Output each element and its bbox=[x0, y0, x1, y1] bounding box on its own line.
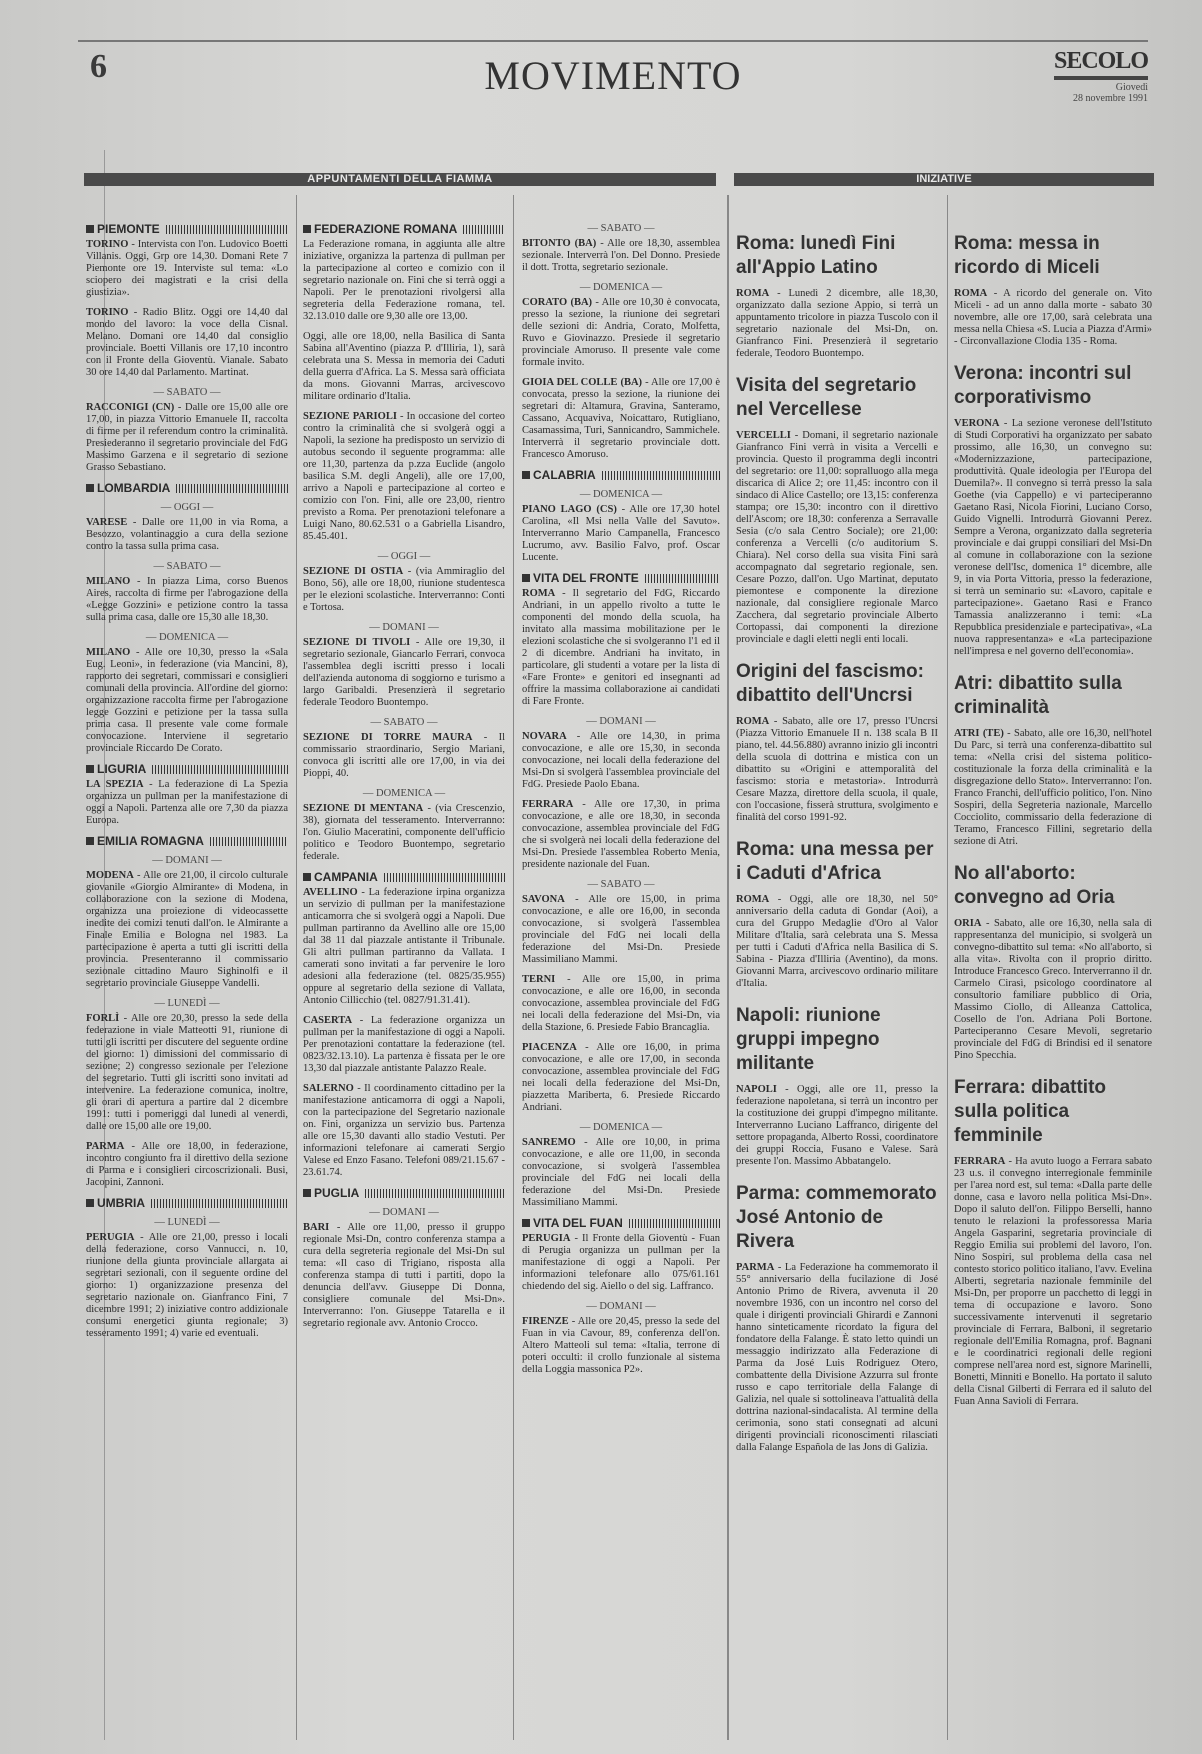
announcement-place: VERONA bbox=[954, 418, 1000, 429]
announcement-text: - Alle ore 17,00 è convocata, presso la … bbox=[522, 377, 720, 460]
announcement: VERONA - La sezione veronese dell'Istitu… bbox=[954, 418, 1152, 658]
square-bullet-icon bbox=[86, 225, 94, 233]
day-subheading: — SABATO — bbox=[522, 879, 720, 891]
announcement: SAVONA - Alle ore 15,00, in prima convoc… bbox=[522, 894, 720, 966]
region-heading-label: FEDERAZIONE ROMANA bbox=[314, 223, 457, 235]
column-rule bbox=[296, 195, 297, 1740]
announcement-text: - Alle ore 11,00, presso il gruppo regio… bbox=[303, 1222, 505, 1329]
announcement: Oggi, alle ore 18,00, nella Basilica di … bbox=[303, 331, 505, 403]
square-bullet-icon bbox=[86, 837, 94, 845]
announcement-place: ROMA bbox=[736, 288, 769, 299]
day-subheading: — DOMENICA — bbox=[86, 632, 288, 644]
announcement-place: ORIA bbox=[954, 918, 981, 929]
square-bullet-icon bbox=[303, 225, 311, 233]
article-headline: Origini del fascismo: dibattito dell'Unc… bbox=[736, 660, 938, 708]
announcement-text: - Oggi, alle ore 18,30, nel 50° annivers… bbox=[736, 894, 938, 989]
announcement: ROMA - Sabato, alle ore 17, presso l'Unc… bbox=[736, 716, 938, 824]
region-heading: FEDERAZIONE ROMANA bbox=[303, 223, 505, 235]
column-rule bbox=[727, 195, 729, 1740]
announcement-place: PERUGIA bbox=[86, 1232, 134, 1243]
announcement: ROMA - Il segretario del FdG, Riccardo A… bbox=[522, 588, 720, 708]
announcement: GIOIA DEL COLLE (BA) - Alle ore 17,00 è … bbox=[522, 377, 720, 461]
announcement: SEZIONE DI TIVOLI - Alle ore 19,30, il s… bbox=[303, 637, 505, 709]
region-heading-label: CAMPANIA bbox=[314, 871, 378, 883]
announcement: CORATO (BA) - Alle ore 10,30 è convocata… bbox=[522, 297, 720, 369]
announcement: ATRI (TE) - Sabato, alle ore 16,30, nell… bbox=[954, 728, 1152, 848]
announcement: AVELLINO - La federazione irpina organiz… bbox=[303, 887, 505, 1007]
day-subheading: — SABATO — bbox=[303, 717, 505, 729]
announcement: FERRARA - Ha avuto luogo a Ferrara sabat… bbox=[954, 1156, 1152, 1408]
region-heading: LIGURIA bbox=[86, 763, 288, 775]
day-subheading: — DOMANI — bbox=[522, 716, 720, 728]
announcement-text: - Il segretario del FdG, Riccardo Andria… bbox=[522, 588, 720, 707]
announcement: PARMA - La Federazione ha commemorato il… bbox=[736, 1262, 938, 1454]
newspaper-page: 6 MOVIMENTO SECOLO Giovedì 28 novembre 1… bbox=[0, 0, 1202, 1754]
section-title: MOVIMENTO bbox=[78, 52, 1148, 99]
announcement: MILANO - Alle ore 10,30, presso la «Sala… bbox=[86, 647, 288, 755]
stripe-rule bbox=[384, 873, 505, 882]
announcement: VERCELLI - Domani, il segretario naziona… bbox=[736, 430, 938, 646]
announcement: PIACENZA - Alle ore 16,00, in prima conv… bbox=[522, 1042, 720, 1114]
announcement-text: - La sezione veronese dell'Istituto di S… bbox=[954, 418, 1152, 657]
announcement-place: PIACENZA bbox=[522, 1042, 577, 1053]
region-heading-label: CALABRIA bbox=[533, 469, 596, 481]
article-headline: Napoli: riunione gruppi impegno militant… bbox=[736, 1004, 938, 1076]
region-heading: PIEMONTE bbox=[86, 223, 288, 235]
day-subheading: — DOMENICA — bbox=[522, 282, 720, 294]
announcement-place: ATRI (TE) bbox=[954, 728, 1004, 739]
announcement-place: MILANO bbox=[86, 647, 130, 658]
day-subheading: — SABATO — bbox=[522, 223, 720, 235]
announcement: ORIA - Sabato, alle ore 16,30, nella sal… bbox=[954, 918, 1152, 1062]
announcement: FIRENZE - Alle ore 20,45, presso la sede… bbox=[522, 1316, 720, 1376]
announcement-text: - Sabato, alle ore 17, presso l'Uncrsi (… bbox=[736, 716, 938, 823]
announcement-place: FIRENZE bbox=[522, 1316, 569, 1327]
region-heading: CAMPANIA bbox=[303, 871, 505, 883]
announcement: FORLÌ - Alle ore 20,30, presso la sede d… bbox=[86, 1013, 288, 1133]
announcement-place: BARI bbox=[303, 1222, 329, 1233]
announcement-text: Oggi, alle ore 18,00, nella Basilica di … bbox=[303, 331, 505, 402]
square-bullet-icon bbox=[522, 1219, 530, 1227]
square-bullet-icon bbox=[522, 471, 530, 479]
region-heading-label: VITA DEL FRONTE bbox=[533, 572, 639, 584]
stripe-rule bbox=[166, 225, 288, 234]
article-headline: Visita del segretario nel Vercellese bbox=[736, 374, 938, 422]
announcement-place: GIOIA DEL COLLE (BA) bbox=[522, 377, 642, 388]
announcement-place: PARMA bbox=[86, 1141, 124, 1152]
region-heading: PUGLIA bbox=[303, 1187, 505, 1199]
announcement: ROMA - Oggi, alle ore 18,30, nel 50° ann… bbox=[736, 894, 938, 990]
announcement: NOVARA - Alle ore 14,30, in prima convoc… bbox=[522, 731, 720, 791]
day-subheading: — OGGI — bbox=[303, 551, 505, 563]
announcement-place: CORATO (BA) bbox=[522, 297, 592, 308]
announcement-place: FERRARA bbox=[954, 1156, 1005, 1167]
announcement-place: MILANO bbox=[86, 576, 130, 587]
announcement: SALERNO - Il coordinamento cittadino per… bbox=[303, 1083, 505, 1179]
announcement-text: - Oggi, alle ore 11, presso la federazio… bbox=[736, 1084, 938, 1167]
logo-name: SECOLO bbox=[1054, 48, 1148, 75]
announcement-place: ROMA bbox=[736, 716, 769, 727]
day-subheading: — LUNEDÌ — bbox=[86, 998, 288, 1010]
square-bullet-icon bbox=[522, 574, 530, 582]
announcement-place: LA SPEZIA bbox=[86, 779, 144, 790]
announcement-place: NOVARA bbox=[522, 731, 567, 742]
announcement-place: PERUGIA bbox=[522, 1233, 570, 1244]
announcement-text: - La federazione irpina organizza un ser… bbox=[303, 887, 505, 1006]
stripe-rule bbox=[151, 1199, 288, 1208]
announcement-text: - Alle ore 21,00, presso i locali della … bbox=[86, 1232, 288, 1339]
announcement: MODENA - Alle ore 21,00, il circolo cult… bbox=[86, 870, 288, 990]
announcement: SEZIONE DI MENTANA - (via Crescenzio, 38… bbox=[303, 803, 505, 863]
announcement-text: - Ha avuto luogo a Ferrara sabato 23 u.s… bbox=[954, 1156, 1152, 1407]
announcement-place: PIANO LAGO (CS) bbox=[522, 504, 617, 515]
region-heading-label: LIGURIA bbox=[97, 763, 146, 775]
announcement-place: SAVONA bbox=[522, 894, 565, 905]
day-subheading: — DOMANI — bbox=[303, 622, 505, 634]
day-subheading: — SABATO — bbox=[86, 561, 288, 573]
day-subheading: — LUNEDÌ — bbox=[86, 1217, 288, 1229]
stripe-rule bbox=[602, 471, 720, 480]
announcement-place: VARESE bbox=[86, 517, 127, 528]
announcement-place: ROMA bbox=[522, 588, 555, 599]
square-bullet-icon bbox=[303, 1189, 311, 1197]
day-subheading: — OGGI — bbox=[86, 502, 288, 514]
announcement-place: TORINO bbox=[86, 239, 128, 250]
stripe-rule bbox=[365, 1189, 505, 1198]
announcement-place: BITONTO (BA) bbox=[522, 238, 596, 249]
announcement-place: ROMA bbox=[736, 894, 769, 905]
square-bullet-icon bbox=[303, 873, 311, 881]
band-appuntamenti: APPUNTAMENTI DELLA FIAMMA bbox=[84, 173, 716, 186]
announcement: La Federazione romana, in aggiunta alle … bbox=[303, 239, 505, 323]
day-subheading: — DOMENICA — bbox=[303, 788, 505, 800]
article-headline: Verona: incontri sul corporativismo bbox=[954, 362, 1152, 410]
column-2: FEDERAZIONE ROMANALa Federazione romana,… bbox=[303, 215, 505, 1338]
announcement-text: - Sabato, alle ore 16,30, nell'hotel Du … bbox=[954, 728, 1152, 847]
announcement-place: SEZIONE DI TIVOLI bbox=[303, 637, 410, 648]
stripe-rule bbox=[629, 1219, 720, 1228]
announcement: MILANO - In piazza Lima, corso Buenos Ai… bbox=[86, 576, 288, 624]
stripe-rule bbox=[645, 574, 720, 583]
announcement: PERUGIA - Alle ore 21,00, presso i local… bbox=[86, 1232, 288, 1340]
announcement-place: MODENA bbox=[86, 870, 134, 881]
article-headline: Roma: una messa per i Caduti d'Africa bbox=[736, 838, 938, 886]
announcement-text: - Alle ore 10,30, presso la «Sala Eug. L… bbox=[86, 647, 288, 754]
column-rule bbox=[513, 195, 514, 1740]
announcement-place: ROMA bbox=[954, 288, 987, 299]
article-headline: Roma: lunedì Fini all'Appio Latino bbox=[736, 232, 938, 280]
announcement: FERRARA - Alle ore 17,30, in prima convo… bbox=[522, 799, 720, 871]
day-subheading: — SABATO — bbox=[86, 387, 288, 399]
stripe-rule bbox=[210, 837, 288, 846]
announcement-text: La Federazione romana, in aggiunta alle … bbox=[303, 239, 505, 322]
announcement-place: NAPOLI bbox=[736, 1084, 777, 1095]
article-headline: Ferrara: dibattito sulla politica femmin… bbox=[954, 1076, 1152, 1148]
square-bullet-icon bbox=[86, 765, 94, 773]
announcement: TORINO - Radio Blitz. Oggi ore 14,40 dal… bbox=[86, 307, 288, 379]
announcement-text: - In occasione del corteo contro la crim… bbox=[303, 411, 505, 542]
region-heading-label: LOMBARDIA bbox=[97, 482, 170, 494]
article-headline: No all'aborto: convegno ad Oria bbox=[954, 862, 1152, 910]
column-3: — SABATO —BITONTO (BA) - Alle ore 18,30,… bbox=[522, 215, 720, 1384]
announcement-place: PARMA bbox=[736, 1262, 774, 1273]
region-heading-label: PUGLIA bbox=[314, 1187, 359, 1199]
region-heading: VITA DEL FRONTE bbox=[522, 572, 720, 584]
announcement-place: TORINO bbox=[86, 307, 128, 318]
article-headline: Roma: messa in ricordo di Miceli bbox=[954, 232, 1152, 280]
day-subheading: — DOMANI — bbox=[522, 1301, 720, 1313]
day-subheading: — DOMANI — bbox=[303, 1207, 505, 1219]
announcement-place: SEZIONE PARIOLI bbox=[303, 411, 397, 422]
day-subheading: — DOMENICA — bbox=[522, 1122, 720, 1134]
day-subheading: — DOMANI — bbox=[86, 855, 288, 867]
announcement: NAPOLI - Oggi, alle ore 11, presso la fe… bbox=[736, 1084, 938, 1168]
announcement-place: TERNI bbox=[522, 974, 555, 985]
stripe-rule bbox=[463, 225, 505, 234]
issue-day: Giovedì bbox=[1054, 82, 1148, 93]
announcement: PARMA - Alle ore 18,00, in federazione, … bbox=[86, 1141, 288, 1189]
announcement-text: - Il coordinamento cittadino per la mani… bbox=[303, 1083, 505, 1178]
region-heading: CALABRIA bbox=[522, 469, 720, 481]
announcement: SEZIONE DI OSTIA - (via Ammiraglio del B… bbox=[303, 566, 505, 614]
column-4: Roma: lunedì Fini all'Appio LatinoROMA -… bbox=[736, 218, 938, 1462]
announcement: RACCONIGI (CN) - Dalle ore 15,00 alle or… bbox=[86, 402, 288, 474]
announcement: PERUGIA - Il Fronte della Gioventù - Fua… bbox=[522, 1233, 720, 1293]
day-subheading: — DOMENICA — bbox=[522, 489, 720, 501]
announcement-text: - Alle ore 21,00, il circolo culturale g… bbox=[86, 870, 288, 989]
announcement-place: AVELLINO bbox=[303, 887, 358, 898]
announcement-text: - La Federazione ha commemorato il 55° a… bbox=[736, 1262, 938, 1453]
announcement: SEZIONE DI TORRE MAURA - Il commissario … bbox=[303, 732, 505, 780]
region-heading: LOMBARDIA bbox=[86, 482, 288, 494]
region-heading: EMILIA ROMAGNA bbox=[86, 835, 288, 847]
region-heading: VITA DEL FUAN bbox=[522, 1217, 720, 1229]
announcement-place: VERCELLI bbox=[736, 430, 791, 441]
region-heading-label: UMBRIA bbox=[97, 1197, 145, 1209]
announcement-place: FORLÌ bbox=[86, 1013, 119, 1024]
square-bullet-icon bbox=[86, 1199, 94, 1207]
announcement-place: FERRARA bbox=[522, 799, 573, 810]
announcement: BARI - Alle ore 11,00, presso il gruppo … bbox=[303, 1222, 505, 1330]
announcement-place: CASERTA bbox=[303, 1015, 352, 1026]
announcement-place: RACCONIGI (CN) bbox=[86, 402, 174, 413]
announcement-text: - Sabato, alle ore 16,30, nella sala di … bbox=[954, 918, 1152, 1061]
announcement-place: SALERNO bbox=[303, 1083, 354, 1094]
announcement-place: SEZIONE DI TORRE MAURA bbox=[303, 732, 472, 743]
announcement: SANREMO - Alle ore 10,00, in prima convo… bbox=[522, 1137, 720, 1209]
column-1: PIEMONTETORINO - Intervista con l'on. Lu… bbox=[86, 215, 288, 1348]
announcement: BITONTO (BA) - Alle ore 18,30, assemblea… bbox=[522, 238, 720, 274]
region-heading-label: PIEMONTE bbox=[97, 223, 160, 235]
announcement: ROMA - Lunedì 2 dicembre, alle 18,30, or… bbox=[736, 288, 938, 360]
column-rule bbox=[947, 195, 948, 1740]
newspaper-logo: SECOLO Giovedì 28 novembre 1991 bbox=[1054, 48, 1148, 104]
column-5: Roma: messa in ricordo di MiceliROMA - A… bbox=[954, 218, 1152, 1416]
square-bullet-icon bbox=[86, 484, 94, 492]
logo-bar bbox=[1054, 76, 1148, 80]
region-heading-label: EMILIA ROMAGNA bbox=[97, 835, 204, 847]
region-heading: UMBRIA bbox=[86, 1197, 288, 1209]
announcement: TORINO - Intervista con l'on. Ludovico B… bbox=[86, 239, 288, 299]
announcement-text: - Alle ore 20,30, presso la sede della f… bbox=[86, 1013, 288, 1132]
band-iniziative: INIZIATIVE bbox=[734, 173, 1154, 186]
announcement: TERNI - Alle ore 15,00, in prima convoca… bbox=[522, 974, 720, 1034]
stripe-rule bbox=[176, 484, 288, 493]
issue-date: 28 novembre 1991 bbox=[1054, 93, 1148, 104]
announcement: SEZIONE PARIOLI - In occasione del corte… bbox=[303, 411, 505, 543]
announcement-place: SEZIONE DI OSTIA bbox=[303, 566, 403, 577]
announcement: PIANO LAGO (CS) - Alle ore 17,30 hotel C… bbox=[522, 504, 720, 564]
article-headline: Atri: dibattito sulla criminalità bbox=[954, 672, 1152, 720]
announcement-text: - Domani, il segretario nazionale Gianfr… bbox=[736, 430, 938, 645]
announcement: ROMA - A ricordo del generale on. Vito M… bbox=[954, 288, 1152, 348]
announcement-place: SANREMO bbox=[522, 1137, 576, 1148]
announcement: VARESE - Dalle ore 11,00 in via Roma, a … bbox=[86, 517, 288, 553]
region-heading-label: VITA DEL FUAN bbox=[533, 1217, 623, 1229]
stripe-rule bbox=[152, 765, 288, 774]
announcement: CASERTA - La federazione organizza un pu… bbox=[303, 1015, 505, 1075]
article-headline: Parma: commemorato José Antonio de River… bbox=[736, 1182, 938, 1254]
announcement: LA SPEZIA - La federazione di La Spezia … bbox=[86, 779, 288, 827]
masthead: 6 MOVIMENTO SECOLO Giovedì 28 novembre 1… bbox=[78, 40, 1148, 102]
announcement-place: SEZIONE DI MENTANA bbox=[303, 803, 423, 814]
